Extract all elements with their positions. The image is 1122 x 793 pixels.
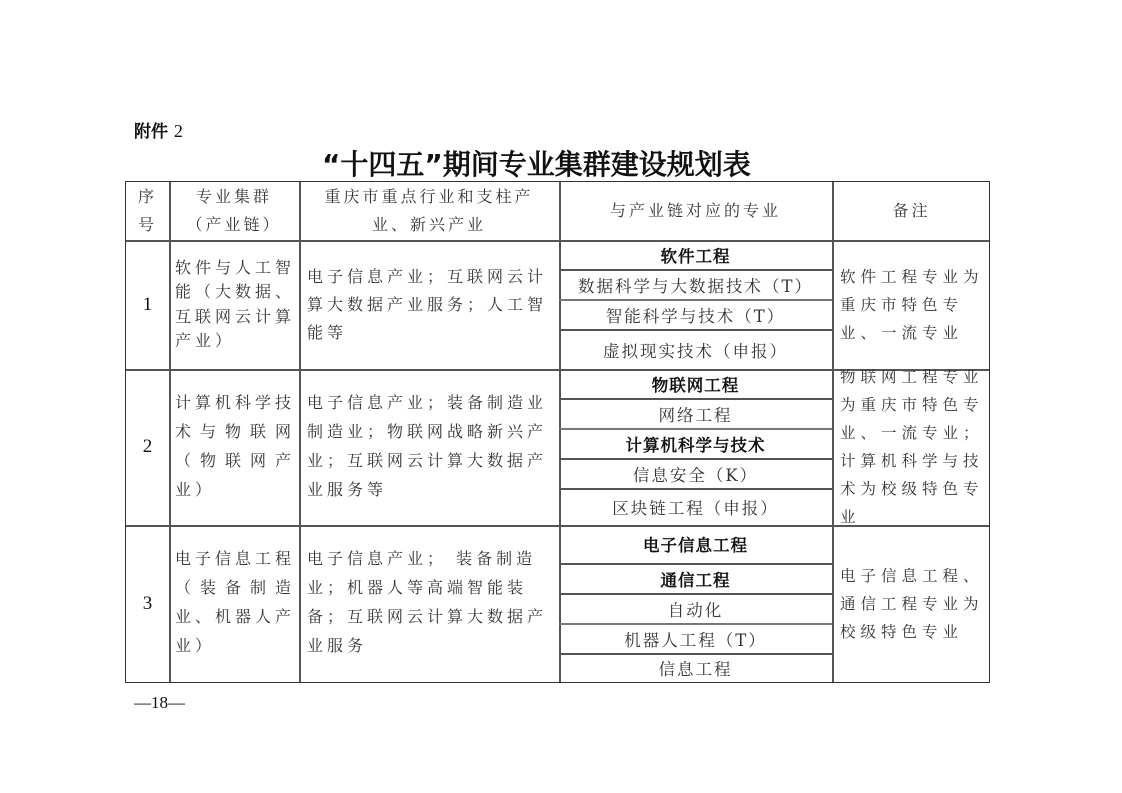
attachment-number: 2 (174, 121, 183, 141)
row-2-major-5: 区块链工程（申报） (559, 489, 832, 525)
row-1-industry: 电子信息产业；互联网云计算大数据产业服务；人工智能等 (299, 263, 559, 347)
row-2-major-3: 计算机科学与技术 (559, 429, 832, 458)
header-seq: 序号 (126, 182, 169, 240)
row-1-note: 软件工程专业为重庆市特色专业、一流专业 (832, 263, 991, 347)
row-3-major-2: 通信工程 (559, 564, 832, 593)
row-3-seq: 3 (126, 525, 169, 682)
row-3-major-1: 电子信息工程 (559, 525, 832, 563)
header-majors: 与产业链对应的专业 (559, 182, 832, 240)
row-2-seq: 2 (126, 369, 169, 525)
row-2-major-2: 网络工程 (559, 399, 832, 428)
attachment-label-text: 附件 (134, 122, 168, 142)
attachment-label: 附件 2 (134, 117, 183, 142)
header-cluster: 专业集群（产业链） (169, 182, 299, 240)
row-2-major-1: 物联网工程 (559, 369, 832, 398)
row-1-major-2: 数据科学与大数据技术（T） (559, 270, 832, 299)
row-3-major-4: 机器人工程（T） (559, 624, 832, 653)
row-3-cluster: 电子信息工程（装备制造业、机器人产业） (169, 544, 299, 660)
row-2-major-4: 信息安全（K） (559, 459, 832, 488)
row-2-note: 物联网工程专业为重庆市特色专业、一流专业；计算机科学与技术为校级特色专业 (832, 363, 991, 531)
row-3-note: 电子信息工程、通信工程专业为校级特色专业 (832, 562, 991, 646)
row-1-major-1: 软件工程 (559, 240, 832, 269)
row-3-major-3: 自动化 (559, 594, 832, 623)
row-3-industry: 电子信息产业； 装备制造业；机器人等高端智能装备；互联网云计算大数据产业服务 (299, 544, 559, 660)
row-1-major-4: 虚拟现实技术（申报） (559, 330, 832, 369)
page-title: “十四五”期间专业集群建设规划表 (322, 143, 751, 183)
cluster-plan-table: 序号 专业集群（产业链） 重庆市重点行业和支柱产业、新兴产业 与产业链对应的专业… (125, 181, 990, 683)
row-1-seq: 1 (126, 240, 169, 369)
row-3-major-5: 信息工程 (559, 654, 832, 682)
row-2-industry: 电子信息产业；装备制造业制造业；物联网战略新兴产业；互联网云计算大数据产业服务等 (299, 388, 559, 504)
page-number: —18— (134, 693, 185, 713)
row-2-cluster: 计算机科学技术与物联网（物联网产业） (169, 388, 299, 504)
row-1-cluster: 软件与人工智能（大数据、互联网云计算产业） (169, 256, 299, 354)
header-note: 备注 (832, 182, 991, 240)
row-1-major-3: 智能科学与技术（T） (559, 300, 832, 329)
header-industry: 重庆市重点行业和支柱产业、新兴产业 (299, 182, 559, 240)
